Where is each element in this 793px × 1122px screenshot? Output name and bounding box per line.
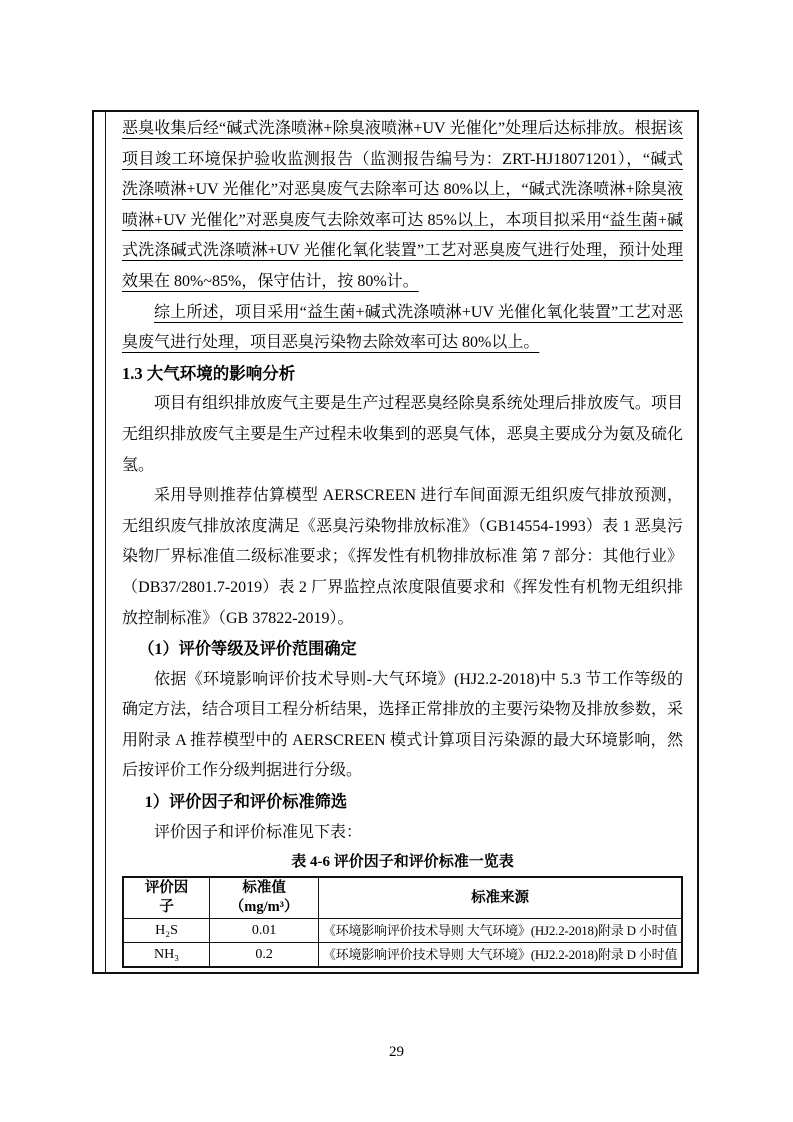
factor-cell: H₂S xyxy=(123,919,210,943)
table-row-nh3: NH₃ 0.2 《环境影响评价技术导则 大气环境》(HJ2.2-2018)附录 … xyxy=(123,943,682,968)
source-cell: 《环境影响评价技术导则 大气环境》(HJ2.2-2018)附录 D 小时值 xyxy=(319,943,682,968)
document-page: 恶臭收集后经“碱式洗涤喷淋+除臭液喷淋+UV 光催化”处理后达标排放。根据该项目… xyxy=(0,0,793,1122)
form-left-strip xyxy=(94,112,106,972)
source-cell: 《环境影响评价技术导则 大气环境》(HJ2.2-2018)附录 D 小时值 xyxy=(319,919,682,943)
standards-table: 评价因 子 标准值 （mg/m³） 标准来源 H₂S 0.01 《环境影响评价技… xyxy=(122,876,683,968)
conclusion-paragraph: 综上所述，项目采用“益生菌+碱式洗涤喷淋+UV 光催化氧化装置”工艺对恶臭废气进… xyxy=(122,298,683,359)
odor-treatment-paragraph: 恶臭收集后经“碱式洗涤喷淋+除臭液喷淋+UV 光催化”处理后达标排放。根据该项目… xyxy=(122,114,683,298)
form-content-cell: 恶臭收集后经“碱式洗涤喷淋+除臭液喷淋+UV 光催化”处理后达标排放。根据该项目… xyxy=(106,112,697,972)
organized-emission-paragraph: 项目有组织排放废气主要是生产过程恶臭经除臭系统处理后排放废气。项目无组织排放废气… xyxy=(122,389,683,481)
page-number: 29 xyxy=(0,1042,793,1062)
section-heading-air-impact: 1.3 大气环境的影响分析 xyxy=(122,359,683,390)
evaluation-grade-heading: （1）评价等级及评价范围确定 xyxy=(122,634,683,665)
value-cell: 0.01 xyxy=(210,919,319,943)
aerscreen-prediction-paragraph: 采用导则推荐估算模型 AERSCREEN 进行车间面源无组织废气排放预测，无组织… xyxy=(122,481,683,634)
factor-cell: NH₃ xyxy=(123,943,210,968)
table-row-h2s: H₂S 0.01 《环境影响评价技术导则 大气环境》(HJ2.2-2018)附录… xyxy=(123,919,682,943)
table-caption: 表 4-6 评价因子和评价标准一览表 xyxy=(122,848,683,876)
column-header-source: 标准来源 xyxy=(319,877,682,919)
document-frame: 恶臭收集后经“碱式洗涤喷淋+除臭液喷淋+UV 光催化”处理后达标排放。根据该项目… xyxy=(92,110,699,974)
column-header-factor: 评价因 子 xyxy=(123,877,210,919)
factors-intro-paragraph: 评价因子和评价标准见下表： xyxy=(122,818,683,849)
column-header-value: 标准值 （mg/m³） xyxy=(210,877,319,919)
evaluation-factors-heading: 1）评价因子和评价标准筛选 xyxy=(122,787,683,818)
evaluation-method-paragraph: 依据《环境影响评价技术导则-大气环境》(HJ2.2-2018)中 5.3 节工作… xyxy=(122,665,683,787)
table-header-row: 评价因 子 标准值 （mg/m³） 标准来源 xyxy=(123,877,682,919)
value-cell: 0.2 xyxy=(210,943,319,968)
